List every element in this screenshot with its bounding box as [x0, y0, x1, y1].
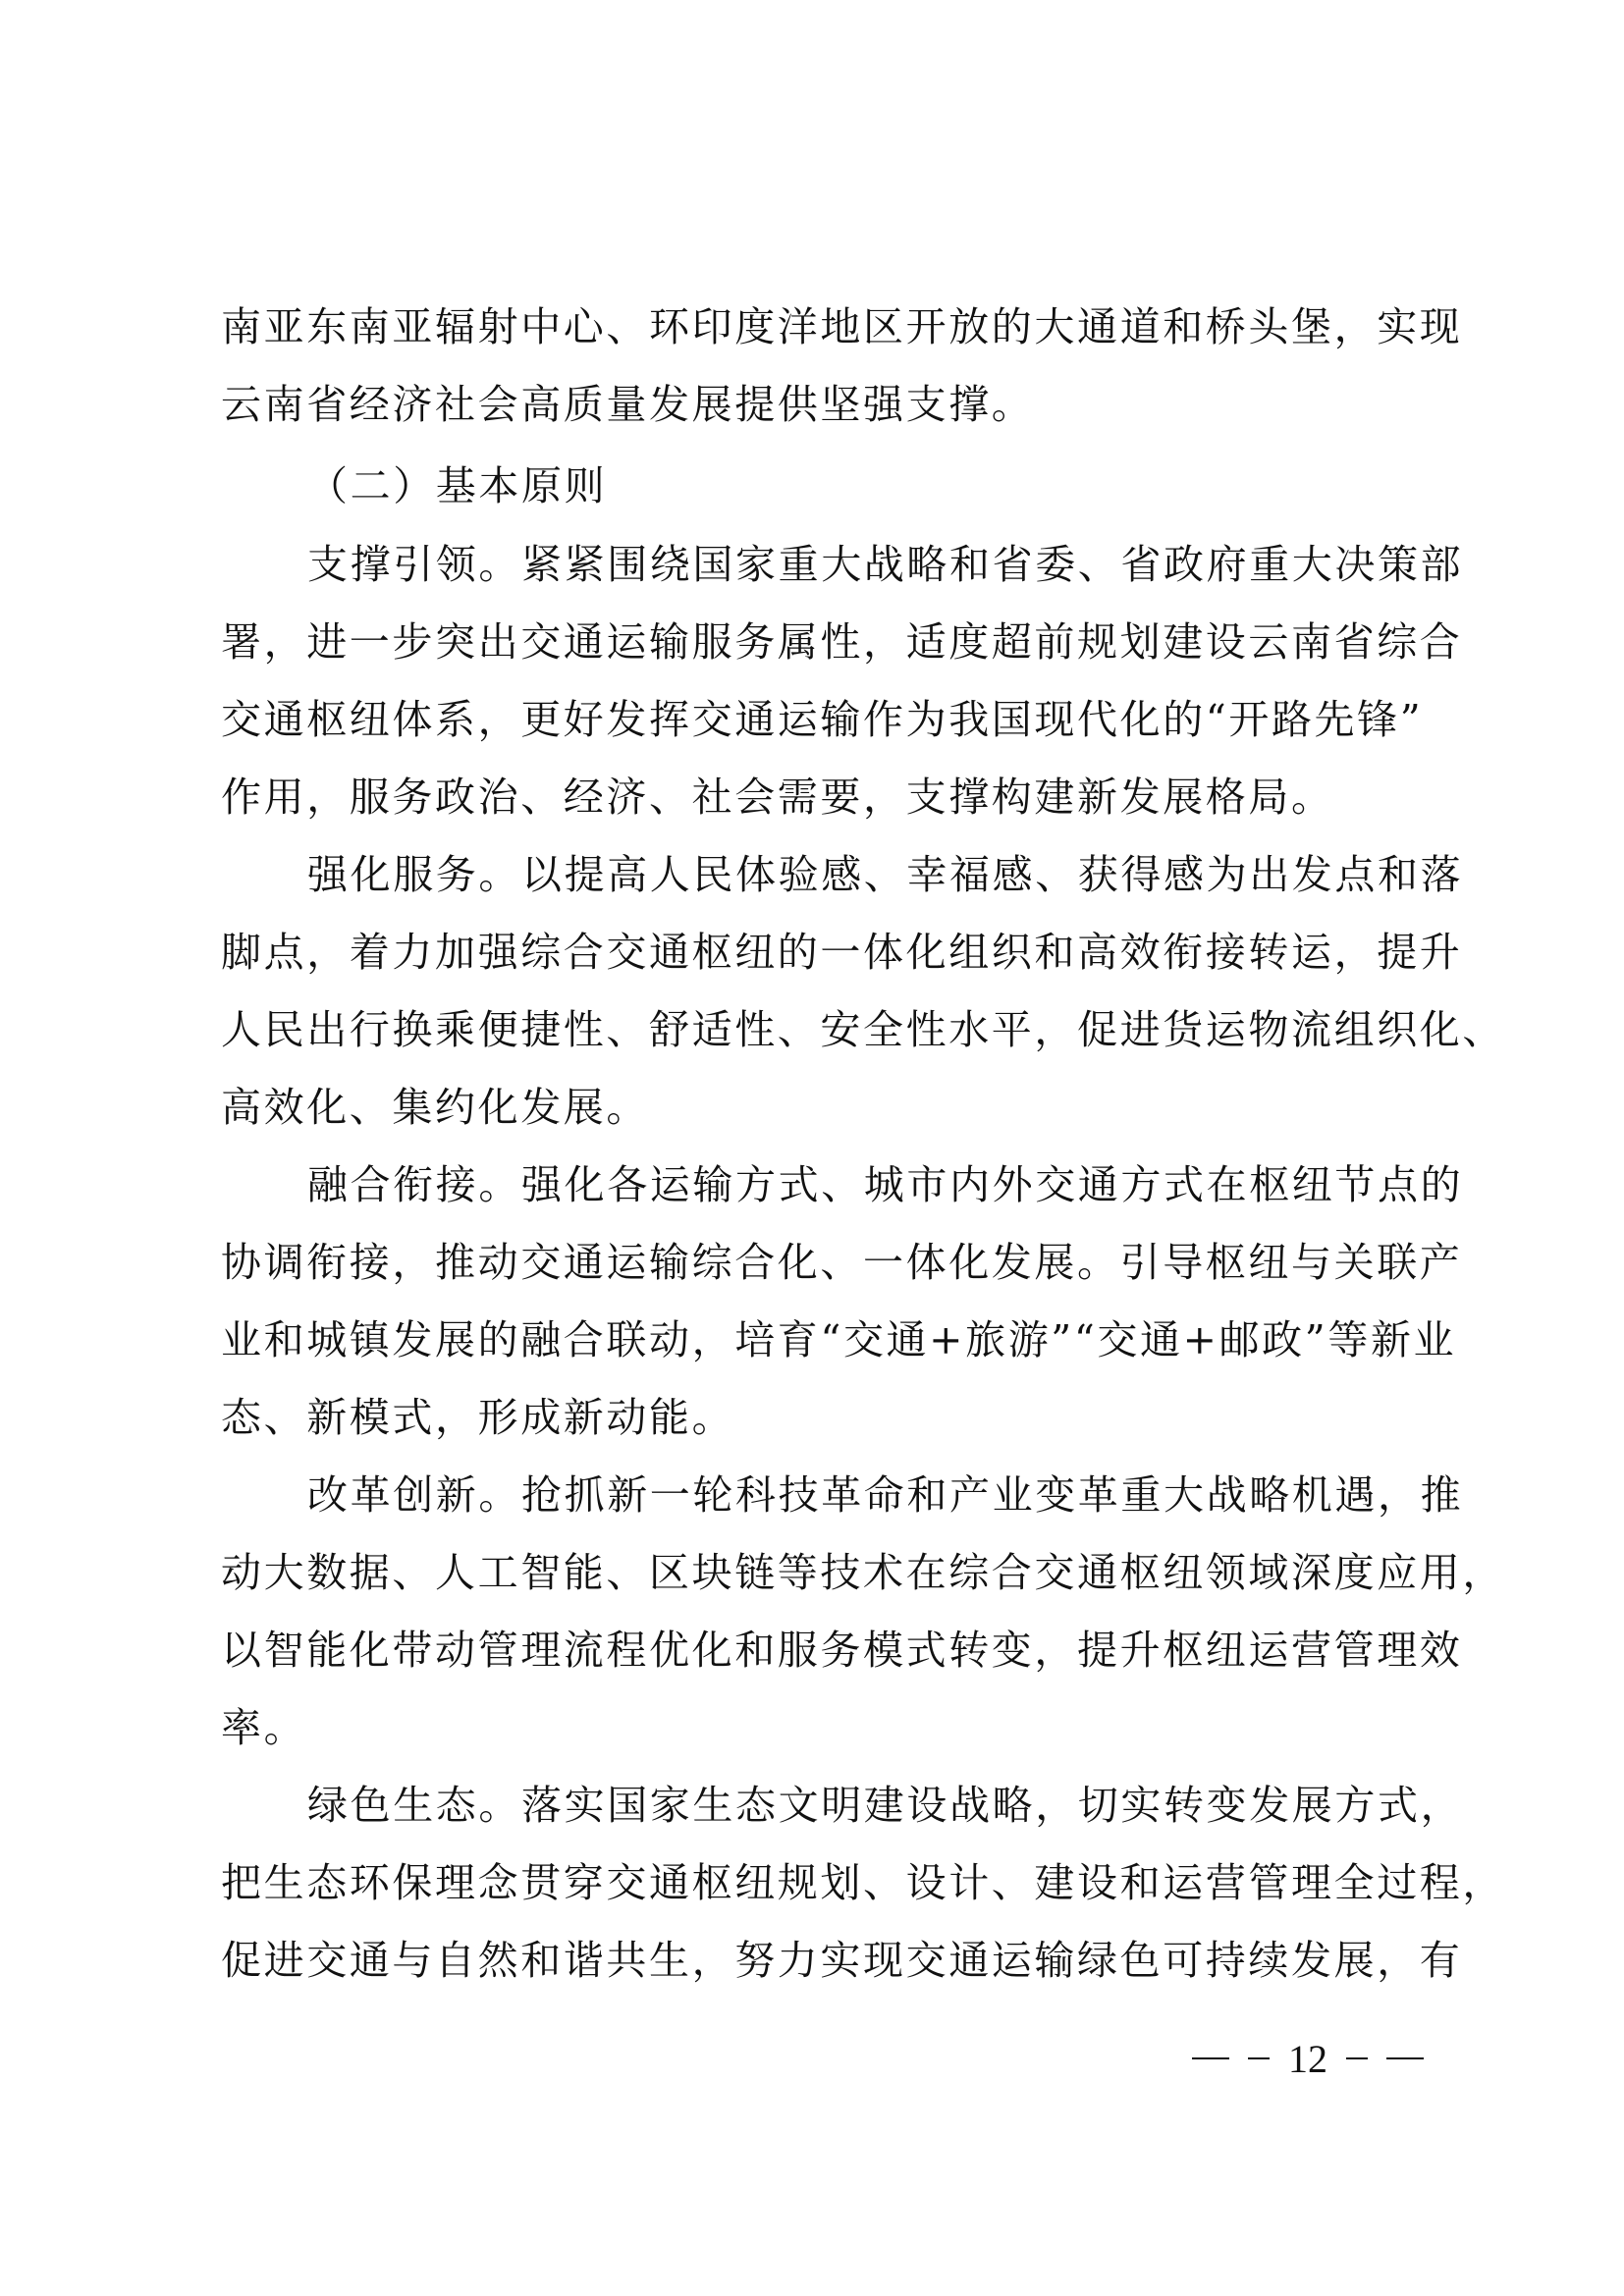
- body-line: 交通枢纽体系，更好发挥交通运输作为我国现代化的“开路先锋”: [221, 690, 1429, 749]
- paragraph-first-line: 强化服务。以提高人民体验感、幸福感、获得感为出发点和落: [221, 845, 1515, 904]
- body-line: 脚点，着力加强综合交通枢纽的一体化组织和高效衔接转运，提升: [221, 923, 1429, 982]
- body-line: 态、新模式，形成新动能。: [221, 1388, 1429, 1447]
- body-line: 作用，服务政治、经济、社会需要，支撑构建新发展格局。: [221, 768, 1429, 827]
- paragraph-first-line: 绿色生态。落实国家生态文明建设战略，切实转变发展方式，: [221, 1776, 1515, 1835]
- body-line: 以智能化带动管理流程优化和服务模式转变，提升枢纽运营管理效: [221, 1621, 1429, 1680]
- page-number-value: 12: [1288, 2036, 1327, 2082]
- body-line: 促进交通与自然和谐共生，努力实现交通运输绿色可持续发展，有: [221, 1931, 1429, 1990]
- dash-decoration: [1386, 2057, 1424, 2059]
- body-line: 高效化、集约化发展。: [221, 1078, 1429, 1137]
- body-line: 把生态环保理念贯穿交通枢纽规划、设计、建设和运营管理全过程，: [221, 1853, 1429, 1912]
- paragraph-first-line: 改革创新。抢抓新一轮科技革命和产业变革重大战略机遇，推: [221, 1466, 1515, 1524]
- body-line: 署，进一步突出交通运输服务属性，适度超前规划建设云南省综合: [221, 613, 1429, 671]
- page-number: 12: [1192, 2034, 1424, 2083]
- dash-decoration: [1248, 2057, 1270, 2059]
- body-line: 率。: [221, 1698, 1429, 1757]
- document-page: 南亚东南亚辐射中心、环印度洋地区开放的大通道和桥头堡，实现 云南省经济社会高质量…: [0, 0, 1624, 2296]
- body-line: 协调衔接，推动交通运输综合化、一体化发展。引导枢纽与关联产: [221, 1233, 1429, 1292]
- dash-decoration: [1346, 2057, 1368, 2059]
- body-line: 业和城镇发展的融合联动，培育“交通+旅游”“交通+邮政”等新业: [221, 1310, 1429, 1369]
- dash-decoration: [1192, 2057, 1229, 2059]
- body-line: 人民出行换乘便捷性、舒适性、安全性水平，促进货运物流组织化、: [221, 1000, 1429, 1059]
- body-line: 南亚东南亚辐射中心、环印度洋地区开放的大通道和桥头堡，实现: [221, 297, 1429, 356]
- body-line: 云南省经济社会高质量发展提供坚强支撑。: [221, 375, 1429, 434]
- section-heading: （二）基本原则: [221, 456, 1515, 515]
- paragraph-first-line: 支撑引领。紧紧围绕国家重大战略和省委、省政府重大决策部: [221, 535, 1515, 594]
- paragraph-first-line: 融合衔接。强化各运输方式、城市内外交通方式在枢纽节点的: [221, 1155, 1515, 1214]
- body-line: 动大数据、人工智能、区块链等技术在综合交通枢纽领域深度应用，: [221, 1543, 1429, 1602]
